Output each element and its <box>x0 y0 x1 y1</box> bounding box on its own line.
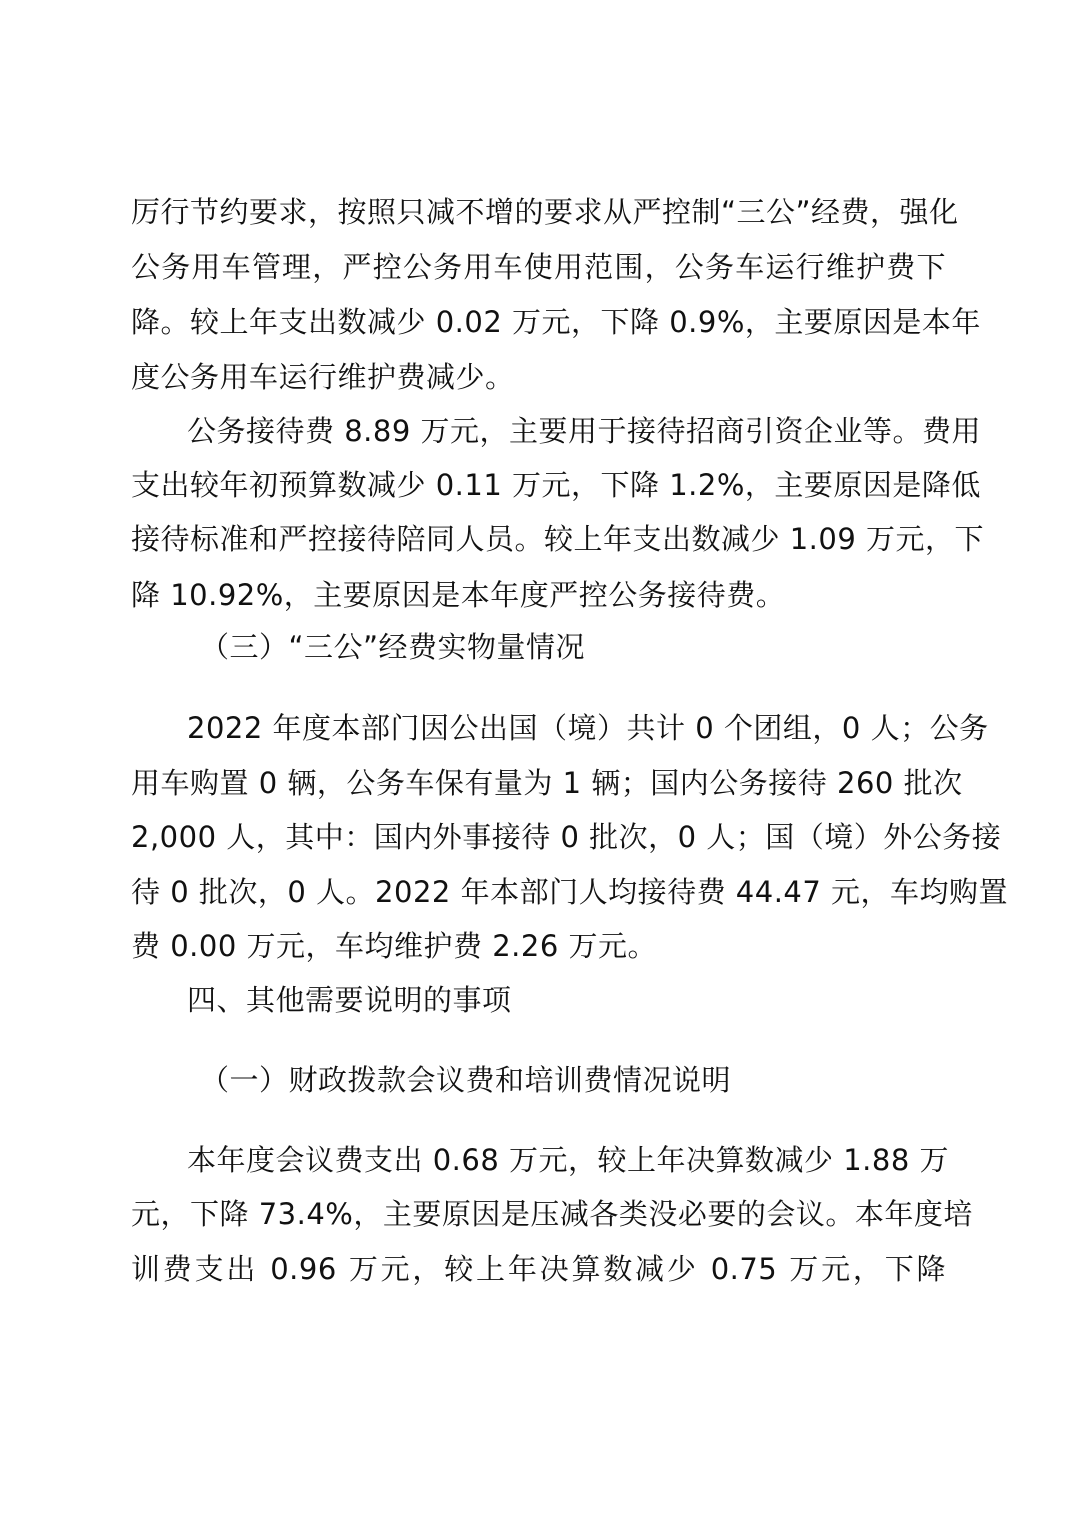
paragraph-line: 度公务用车运行维护费减少。 <box>131 359 946 395</box>
paragraph-line: 接待标准和严控接待陪同人员。较上年支出数减少 1.09 万元，下 <box>131 521 946 557</box>
paragraph-line: 支出较年初预算数减少 0.11 万元，下降 1.2%，主要原因是降低 <box>131 467 946 503</box>
section-heading: 四、其他需要说明的事项 <box>187 982 946 1018</box>
paragraph-line: 待 0 批次，0 人。2022 年本部门人均接待费 44.47 元，车均购置 <box>131 874 946 910</box>
paragraph-line: 元，下降 73.4%，主要原因是压减各类没必要的会议。本年度培 <box>131 1196 946 1232</box>
paragraph-line: 公务接待费 8.89 万元，主要用于接待招商引资企业等。费用 <box>187 413 946 449</box>
paragraph-line: 降。较上年支出数减少 0.02 万元，下降 0.9%，主要原因是本年 <box>131 304 946 340</box>
subsection-heading: （一）财政拨款会议费和培训费情况说明 <box>200 1062 1015 1098</box>
paragraph-line: 费 0.00 万元，车均维护费 2.26 万元。 <box>131 928 946 964</box>
paragraph-line: 厉行节约要求，按照只减不增的要求从严控制“三公”经费，强化 <box>131 194 946 230</box>
section-heading: （三）“三公”经费实物量情况 <box>200 629 1015 665</box>
paragraph-line: 降 10.92%，主要原因是本年度严控公务接待费。 <box>131 577 946 613</box>
paragraph-line: 公务用车管理，严控公务用车使用范围，公务车运行维护费下 <box>131 249 946 285</box>
paragraph-line: 2,000 人，其中：国内外事接待 0 批次，0 人；国（境）外公务接 <box>131 819 946 855</box>
paragraph-line: 用车购置 0 辆，公务车保有量为 1 辆；国内公务接待 260 批次 <box>131 765 946 801</box>
document-page: 厉行节约要求，按照只减不增的要求从严控制“三公”经费，强化 公务用车管理，严控公… <box>0 0 1075 1520</box>
paragraph-line: 训费支出 0.96 万元，较上年决算数减少 0.75 万元，下降 <box>131 1251 946 1287</box>
paragraph-line: 2022 年度本部门因公出国（境）共计 0 个团组，0 人；公务 <box>187 710 946 746</box>
paragraph-line: 本年度会议费支出 0.68 万元，较上年决算数减少 1.88 万 <box>187 1142 946 1178</box>
